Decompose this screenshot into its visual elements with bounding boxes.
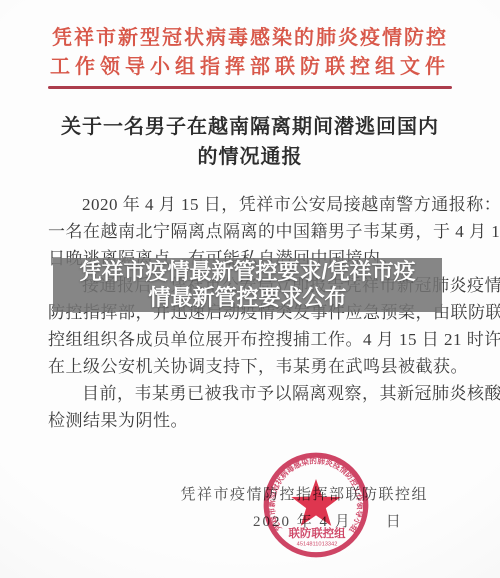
- seal-star-icon: [291, 479, 340, 526]
- body-line: 目前，韦某勇已被我市予以隔离观察，其新冠肺炎核酸: [48, 380, 460, 407]
- document-title-line1: 关于一名男子在越南隔离期间潜逃回国内: [0, 112, 500, 142]
- body-line: 检测结果为阴性。: [48, 407, 460, 434]
- document-title: 关于一名男子在越南隔离期间潜逃回国内 的情况通报: [0, 112, 500, 172]
- seal-center-label: 联防联控组: [289, 526, 347, 540]
- document-body: 2020 年 4 月 15 日，凭祥市公安局接越南警方通报称： 一名在越南北宁隔…: [48, 191, 460, 434]
- caption-line2: 情最新管控要求公布: [148, 285, 346, 311]
- letterhead-line2: 工作领导小组指挥部联防联控组文件: [0, 53, 500, 82]
- body-line: 一名在越南北宁隔离点隔离的中国籍男子韦某勇，于 4 月 14: [48, 218, 460, 245]
- letterhead-line1: 凭祥市新型冠状病毒感染的肺炎疫情防控: [0, 24, 500, 53]
- letterhead: 凭祥市新型冠状病毒感染的肺炎疫情防控 工作领导小组指挥部联防联控组文件: [0, 24, 500, 82]
- body-line: 控组组织各成员单位展开布控搜捕工作。4 月 15 日 21 时许，: [48, 326, 460, 353]
- official-seal: 凭祥市新型冠状病毒感染的肺炎疫情防控工作领导小组指挥部 联防联控组 451481…: [262, 450, 370, 562]
- document-title-line2: 的情况通报: [0, 142, 500, 172]
- caption-overlay-banner: 凭祥市疫情最新管控要求/凭祥市疫 情最新管控要求公布: [53, 258, 442, 312]
- body-line: 在上级公安机关协调支持下，韦某勇在武鸣县被截获。: [48, 353, 460, 380]
- caption-line1: 凭祥市疫情最新管控要求/凭祥市疫: [79, 259, 415, 285]
- body-line: 2020 年 4 月 15 日，凭祥市公安局接越南警方通报称：: [48, 191, 460, 218]
- document-photo: 凭祥市新型冠状病毒感染的肺炎疫情防控 工作领导小组指挥部联防联控组文件 关于一名…: [0, 0, 500, 578]
- seal-code: 4514811013342: [297, 541, 338, 547]
- letterhead-divider: [48, 86, 452, 89]
